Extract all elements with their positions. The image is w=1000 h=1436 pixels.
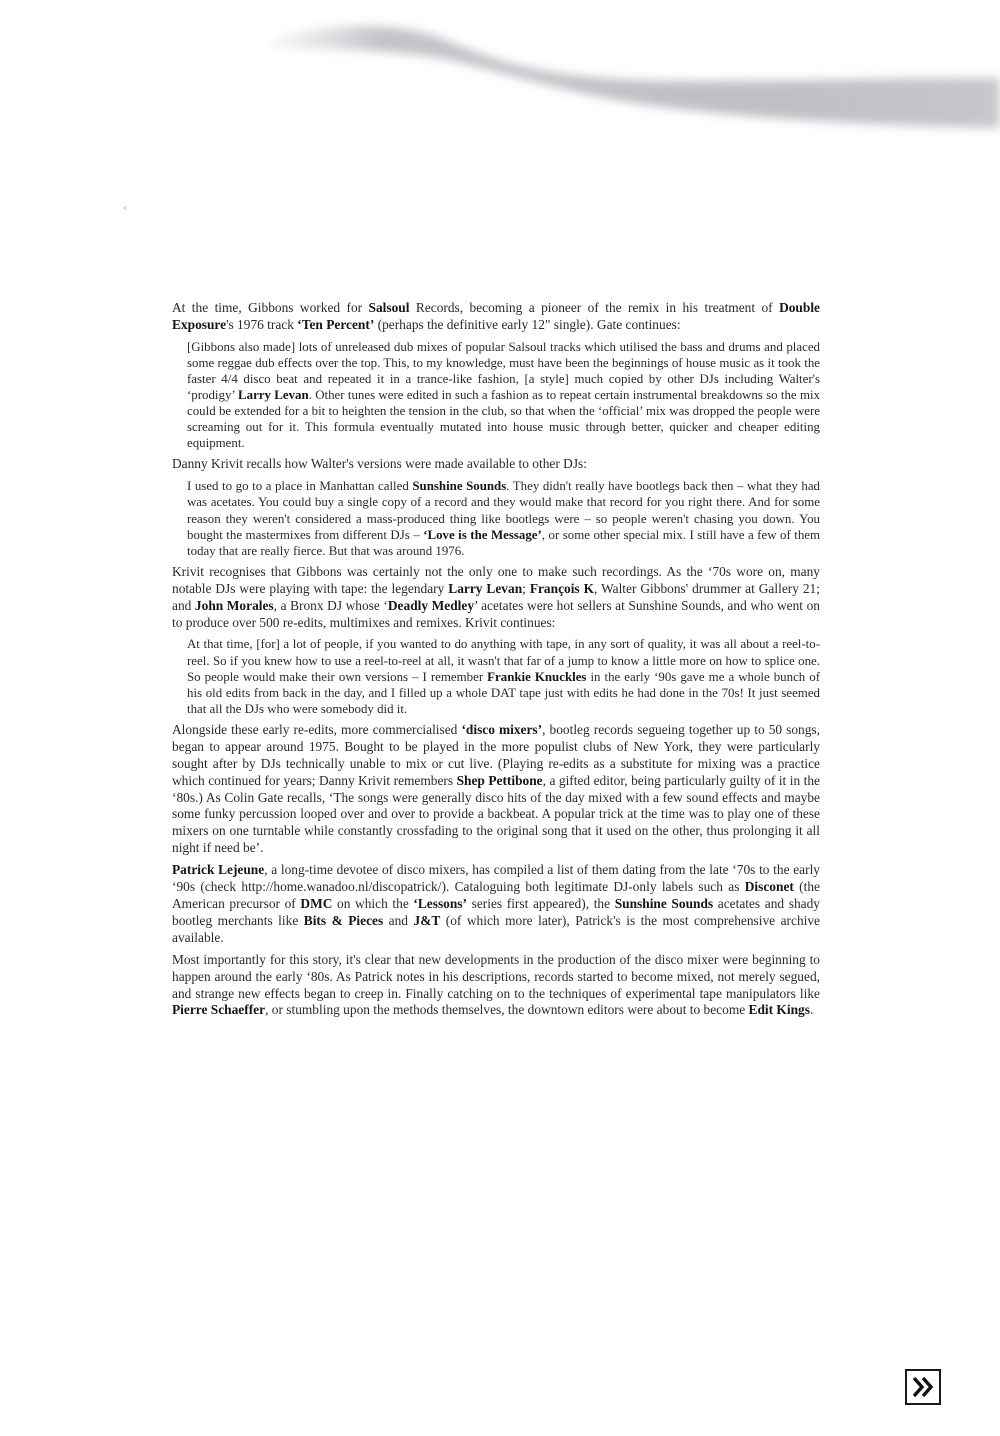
bold-name: Larry Levan bbox=[238, 388, 309, 402]
bold-name: ‘Love is the Message’ bbox=[423, 528, 542, 542]
bold-name: Pierre Schaeffer bbox=[172, 1002, 265, 1017]
text-run: At the time, Gibbons worked for bbox=[172, 300, 369, 315]
bold-name: Patrick Lejeune bbox=[172, 862, 264, 877]
block-quote: I used to go to a place in Manhattan cal… bbox=[187, 478, 820, 558]
body-paragraph: At the time, Gibbons worked for Salsoul … bbox=[172, 300, 820, 334]
bold-name: Sunshine Sounds bbox=[412, 479, 506, 493]
bold-name: Larry Levan bbox=[448, 581, 522, 596]
body-paragraph: Danny Krivit recalls how Walter's versio… bbox=[172, 456, 820, 473]
bold-name: Sunshine Sounds bbox=[615, 896, 713, 911]
text-run: and bbox=[383, 913, 413, 928]
bold-name: Edit Kings bbox=[749, 1002, 810, 1017]
print-speck bbox=[124, 207, 126, 209]
bold-name: Deadly Medley bbox=[388, 598, 474, 613]
bold-name: Bits & Pieces bbox=[304, 913, 383, 928]
bold-name: DMC bbox=[300, 896, 332, 911]
bold-name: Salsoul bbox=[369, 300, 410, 315]
body-paragraph: Most importantly for this story, it's cl… bbox=[172, 952, 820, 1020]
text-run: . bbox=[810, 1002, 813, 1017]
bold-name: ‘disco mixers’ bbox=[461, 722, 542, 737]
text-run: ; bbox=[522, 581, 530, 596]
bold-name: John Morales bbox=[195, 598, 274, 613]
text-run: , a Bronx DJ whose ‘ bbox=[274, 598, 388, 613]
double-chevron-right-icon bbox=[911, 1376, 935, 1398]
bold-name: J&T bbox=[414, 913, 441, 928]
text-run: Records, becoming a pioneer of the remix… bbox=[409, 300, 779, 315]
text-run: , a long-time devotee of disco mixers, h… bbox=[172, 862, 820, 894]
text-run: series first appeared), the bbox=[467, 896, 615, 911]
bold-name: Shep Pettibone bbox=[457, 773, 543, 788]
text-run: on which the bbox=[332, 896, 413, 911]
text-run: Most importantly for this story, it's cl… bbox=[172, 952, 820, 1001]
decorative-swoosh bbox=[250, 0, 1000, 140]
text-run: I used to go to a place in Manhattan cal… bbox=[187, 479, 412, 493]
text-run: Alongside these early re-edits, more com… bbox=[172, 722, 461, 737]
article-body: At the time, Gibbons worked for Salsoul … bbox=[172, 300, 820, 1024]
bold-name: Disconet bbox=[745, 879, 794, 894]
body-paragraph: Krivit recognises that Gibbons was certa… bbox=[172, 564, 820, 632]
next-page-button[interactable] bbox=[905, 1369, 941, 1405]
body-paragraph: Alongside these early re-edits, more com… bbox=[172, 722, 820, 857]
bold-name: François K bbox=[530, 581, 594, 596]
block-quote: [Gibbons also made] lots of unreleased d… bbox=[187, 339, 820, 452]
block-quote: At that time, [for] a lot of people, if … bbox=[187, 636, 820, 716]
text-run: , or stumbling upon the methods themselv… bbox=[265, 1002, 748, 1017]
bold-name: ‘Ten Percent’ bbox=[297, 317, 374, 332]
text-run: Danny Krivit recalls how Walter's versio… bbox=[172, 456, 587, 471]
text-run: (perhaps the definitive early 12" single… bbox=[374, 317, 680, 332]
bold-name: ‘Lessons’ bbox=[413, 896, 467, 911]
text-run: 's 1976 track bbox=[226, 317, 297, 332]
body-paragraph: Patrick Lejeune, a long-time devotee of … bbox=[172, 862, 820, 947]
bold-name: Frankie Knuckles bbox=[487, 670, 586, 684]
